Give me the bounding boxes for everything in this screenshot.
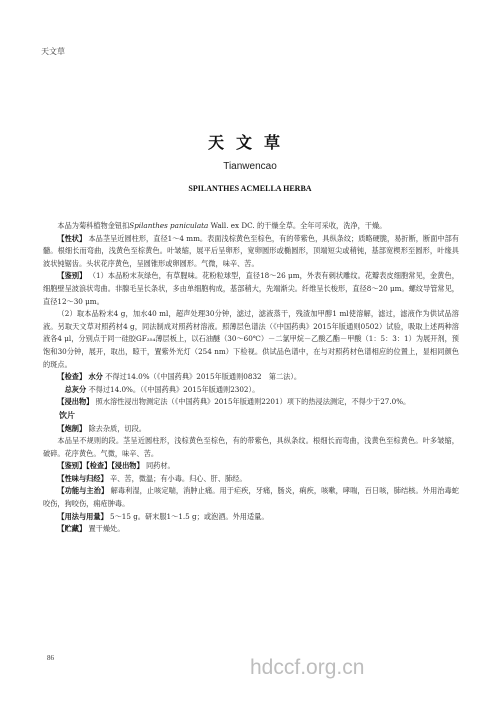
page-title: 天文草 — [0, 130, 500, 153]
section-identification-1: 【鉴别】 （1）本品粉末灰绿色，有草腥味。花粉粒球型，直径18～26 μm，外表… — [43, 270, 459, 308]
section-tag-processing: 【炮制】 — [57, 424, 86, 433]
section-heading-slices: 饮片 — [43, 410, 459, 423]
section-same-as-crude: 【鉴别】【检查】【浸出物】 同药材。 — [43, 460, 459, 473]
source-paragraph: 本品为菊科植物金钮扣Spilanthes paniculata Wall. ex… — [43, 220, 459, 233]
section-tag-functions: 【功能与主治】 — [57, 486, 108, 495]
section-inspection-moisture: 【检查】 水分 不得过14.0%（《中国药典》2015年版通则0832 第二法）… — [43, 371, 459, 384]
section-description: 【性状】 本品茎呈近圆柱形，直径1～4 mm。表面浅棕黄色至棕色，有的带紫色，具… — [43, 233, 459, 271]
section-tag-properties: 【性味与归经】 — [57, 474, 107, 483]
section-tag-extract: 【浸出物】 — [57, 397, 93, 406]
ash-label: 总灰分 — [65, 385, 87, 394]
section-tag-dosage: 【用法与用量】 — [57, 512, 107, 521]
section-functions: 【功能与主治】 解毒利湿，止咳定喘，消肿止痛。用于疟疾，牙痛，肠炎，痢疾，咳嗽，… — [43, 485, 459, 510]
section-dosage: 【用法与用量】 5～15 g。研末服1～1.5 g；或泡酒。外用适量。 — [43, 511, 459, 524]
section-tag-description: 【性状】 — [57, 234, 86, 243]
title-latin: SPILANTHES ACMELLA HERBA — [0, 184, 500, 193]
running-head: 天文草 — [41, 46, 65, 57]
slice-description: 本品呈不规则的段。茎呈近圆柱形，浅棕黄色至棕色，有的带紫色，具纵条纹。根细长而弯… — [43, 435, 459, 460]
section-identification-2: （2）取本品粉末4 g，加水40 ml，超声处理30分钟，滤过，滤液蒸干，残渣加… — [43, 308, 459, 371]
monograph-body: 本品为菊科植物金钮扣Spilanthes paniculata Wall. ex… — [43, 220, 459, 536]
species-name: Spilanthes paniculata — [129, 221, 208, 230]
section-tag-combined: 【鉴别】【检查】【浸出物】 — [57, 461, 143, 470]
section-processing: 【炮制】 除去杂质，切段。 — [43, 423, 459, 436]
section-tag-identification: 【鉴别】 — [57, 271, 86, 280]
section-properties: 【性味与归经】 辛、苦，微温；有小毒。归心、肝、肺经。 — [43, 473, 459, 486]
section-storage: 【贮藏】 置干燥处。 — [43, 523, 459, 536]
section-tag-storage: 【贮藏】 — [57, 524, 86, 533]
page-number: 86 — [47, 654, 54, 662]
section-extract: 【浸出物】 照水溶性浸出物测定法（《中国药典》2015年版通则2201）项下的热… — [43, 396, 459, 409]
section-inspection-ash: 总灰分 不得过14.0%。（《中国药典》2015年版通则2302）。 — [43, 384, 459, 397]
title-pinyin: Tianwencao — [0, 161, 500, 172]
watermark: hdccf.org.cn — [250, 656, 364, 680]
moisture-label: 水分 — [88, 372, 102, 381]
section-tag-inspection: 【检查】 — [57, 372, 86, 381]
